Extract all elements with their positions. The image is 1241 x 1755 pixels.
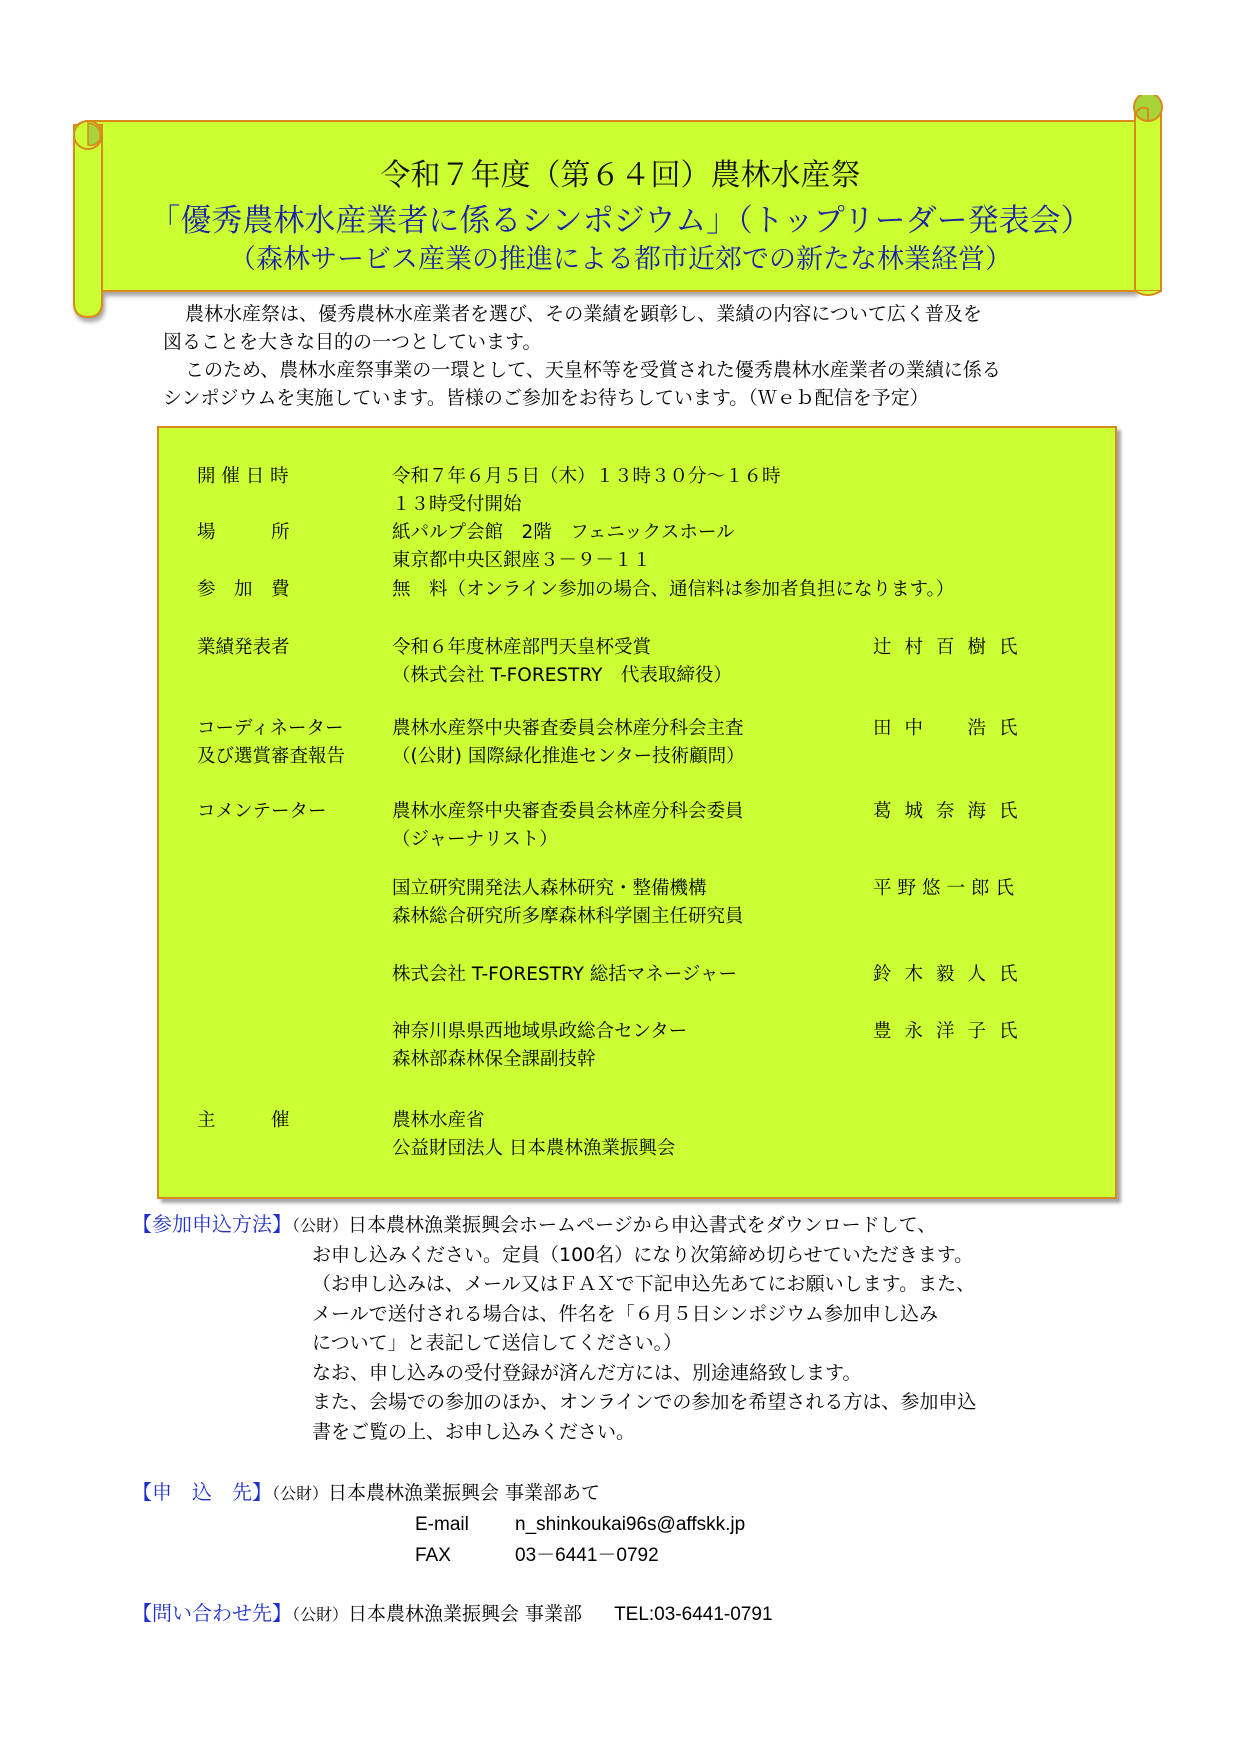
venue-value: 紙パルプ会館 2階 フェニックスホール: [392, 518, 735, 544]
datetime-value: 令和７年６月５日（木）１３時３０分～１６時: [392, 462, 781, 488]
application-line: （お申し込みは、メール又はＦＡＸで下記申込先あてにお願いします。また、: [312, 1270, 976, 1300]
submit-to-org: 日本農林漁業振興会 事業部あて: [328, 1482, 600, 1504]
submit-to-heading: 【申 込 先】: [132, 1480, 272, 1504]
application-heading: 【参加申込方法】: [132, 1212, 292, 1236]
submit-to-section: 【申 込 先】（公財）日本農林漁業振興会 事業部あて E-mailn_shink…: [132, 1477, 745, 1571]
commentator-1-name: 葛城奈海氏: [873, 797, 1031, 823]
fee-label: 参 加 費: [197, 575, 290, 601]
intro-line: 図ることを大きな目的の一つとしています。: [163, 328, 1123, 356]
presenter-title: 令和６年度林産部門天皇杯受賞: [392, 633, 651, 659]
organizer-2: 公益財団法人 日本農林漁業振興会: [392, 1134, 675, 1160]
presenter-affiliation: （株式会社 T-FORESTRY 代表取締役）: [392, 661, 732, 687]
application-line: メールで送付される場合は、件名を「６月５日シンポジウム参加申し込み: [312, 1300, 976, 1330]
inquiry-tel: TEL:03-6441-0791: [614, 1604, 772, 1625]
commentator-label: コメンテーター: [197, 797, 327, 823]
submit-to-prefix: （公財）: [272, 1484, 328, 1503]
intro-line: 農林水産祭は、優秀農林水産業者を選び、その業績を顕彰し、業績の内容について広く普…: [163, 300, 1123, 328]
intro-line: シンポジウムを実施しています。皆様のご参加をお待ちしています。（Ｗｅｂ配信を予定…: [163, 384, 1123, 412]
datetime-sub: １３時受付開始: [392, 490, 522, 516]
application-line: なお、申し込みの受付登録が済んだ方には、別途連絡致します。: [312, 1359, 976, 1389]
commentator-2-name: 平野悠一郎氏: [873, 874, 1020, 900]
fee-value: 無 料（オンライン参加の場合、通信料は参加者負担になります。）: [392, 575, 954, 601]
commentator-3-name: 鈴木毅人氏: [873, 960, 1031, 986]
presenter-label: 業績発表者: [197, 633, 290, 659]
inquiry-section: 【問い合わせ先】（公財）日本農林漁業振興会 事業部TEL:03-6441-079…: [132, 1597, 773, 1626]
commentator-4-title: 神奈川県県西地域県政総合センター: [392, 1017, 687, 1043]
event-details-box: 開 催 日 時 令和７年６月５日（木）１３時３０分～１６時 １３時受付開始 場 …: [157, 426, 1117, 1199]
application-section: 【参加申込方法】（公財）日本農林漁業振興会ホームページから申込書式をダウンロード…: [132, 1210, 976, 1447]
intro-line: このため、農林水産祭事業の一環として、天皇杯等を受賞された優秀農林水産業者の業績…: [163, 356, 1123, 384]
application-line: 日本農林漁業振興会ホームページから申込書式をダウンロードして、: [348, 1214, 936, 1236]
organizer-label: 主 催: [197, 1106, 290, 1132]
venue-address: 東京都中央区銀座３－９－１１: [392, 546, 651, 572]
commentator-4-affiliation: 森林部森林保全課副技幹: [392, 1045, 596, 1071]
inquiry-org: 日本農林漁業振興会 事業部: [348, 1603, 582, 1625]
commentator-2-title: 国立研究開発法人森林研究・整備機構: [392, 874, 707, 900]
coordinator-title: 農林水産祭中央審査委員会林産分科会主査: [392, 714, 744, 740]
commentator-1-affiliation: （ジャーナリスト）: [392, 825, 558, 851]
banner-subtitle: 「優秀農林水産業者に係るシンポジウム」（トップリーダー発表会）: [0, 195, 1241, 240]
application-prefix: （公財）: [292, 1216, 348, 1235]
application-line: また、会場での参加のほか、オンラインでの参加を希望される方は、参加申込: [312, 1388, 976, 1418]
inquiry-prefix: （公財）: [292, 1605, 348, 1624]
email-address[interactable]: n_shinkoukai96s@affskk.jp: [515, 1514, 745, 1535]
commentator-4-name: 豊永洋子氏: [873, 1017, 1031, 1043]
organizer-1: 農林水産省: [392, 1106, 485, 1132]
datetime-label: 開 催 日 時: [197, 462, 289, 488]
presenter-name: 辻村百樹氏: [873, 633, 1031, 659]
fax-number: 03－6441－0792: [515, 1545, 659, 1566]
coordinator-affiliation: （(公財) 国際緑化推進センター技術顧問）: [392, 742, 745, 768]
commentator-3-title: 株式会社 T-FORESTRY 総括マネージャー: [392, 960, 737, 986]
coordinator-label: コーディネーター: [197, 714, 344, 740]
venue-label: 場 所: [197, 518, 290, 544]
intro-paragraph: 農林水産祭は、優秀農林水産業者を選び、その業績を顕彰し、業績の内容について広く普…: [163, 300, 1123, 412]
commentator-2-affiliation: 森林総合研究所多摩森林科学園主任研究員: [392, 902, 744, 928]
commentator-1-title: 農林水産祭中央審査委員会林産分科会委員: [392, 797, 744, 823]
banner-title: 令和７年度（第６４回）農林水産祭: [0, 150, 1241, 194]
coordinator-label-2: 及び選賞審査報告: [197, 742, 345, 768]
application-line: について」と表記して送信してください。）: [312, 1329, 976, 1359]
fax-label: FAX: [415, 1540, 515, 1571]
email-label: E-mail: [415, 1509, 515, 1540]
application-line: 書をご覧の上、お申し込みください。: [312, 1418, 976, 1448]
inquiry-heading: 【問い合わせ先】: [132, 1601, 292, 1625]
coordinator-name: 田中 浩氏: [873, 714, 1031, 740]
banner-theme: （森林サービス産業の推進による都市近郊での新たな林業経営）: [0, 237, 1241, 276]
application-line: お申し込みください。定員（100名）になり次第締め切らせていただきます。: [312, 1241, 976, 1271]
